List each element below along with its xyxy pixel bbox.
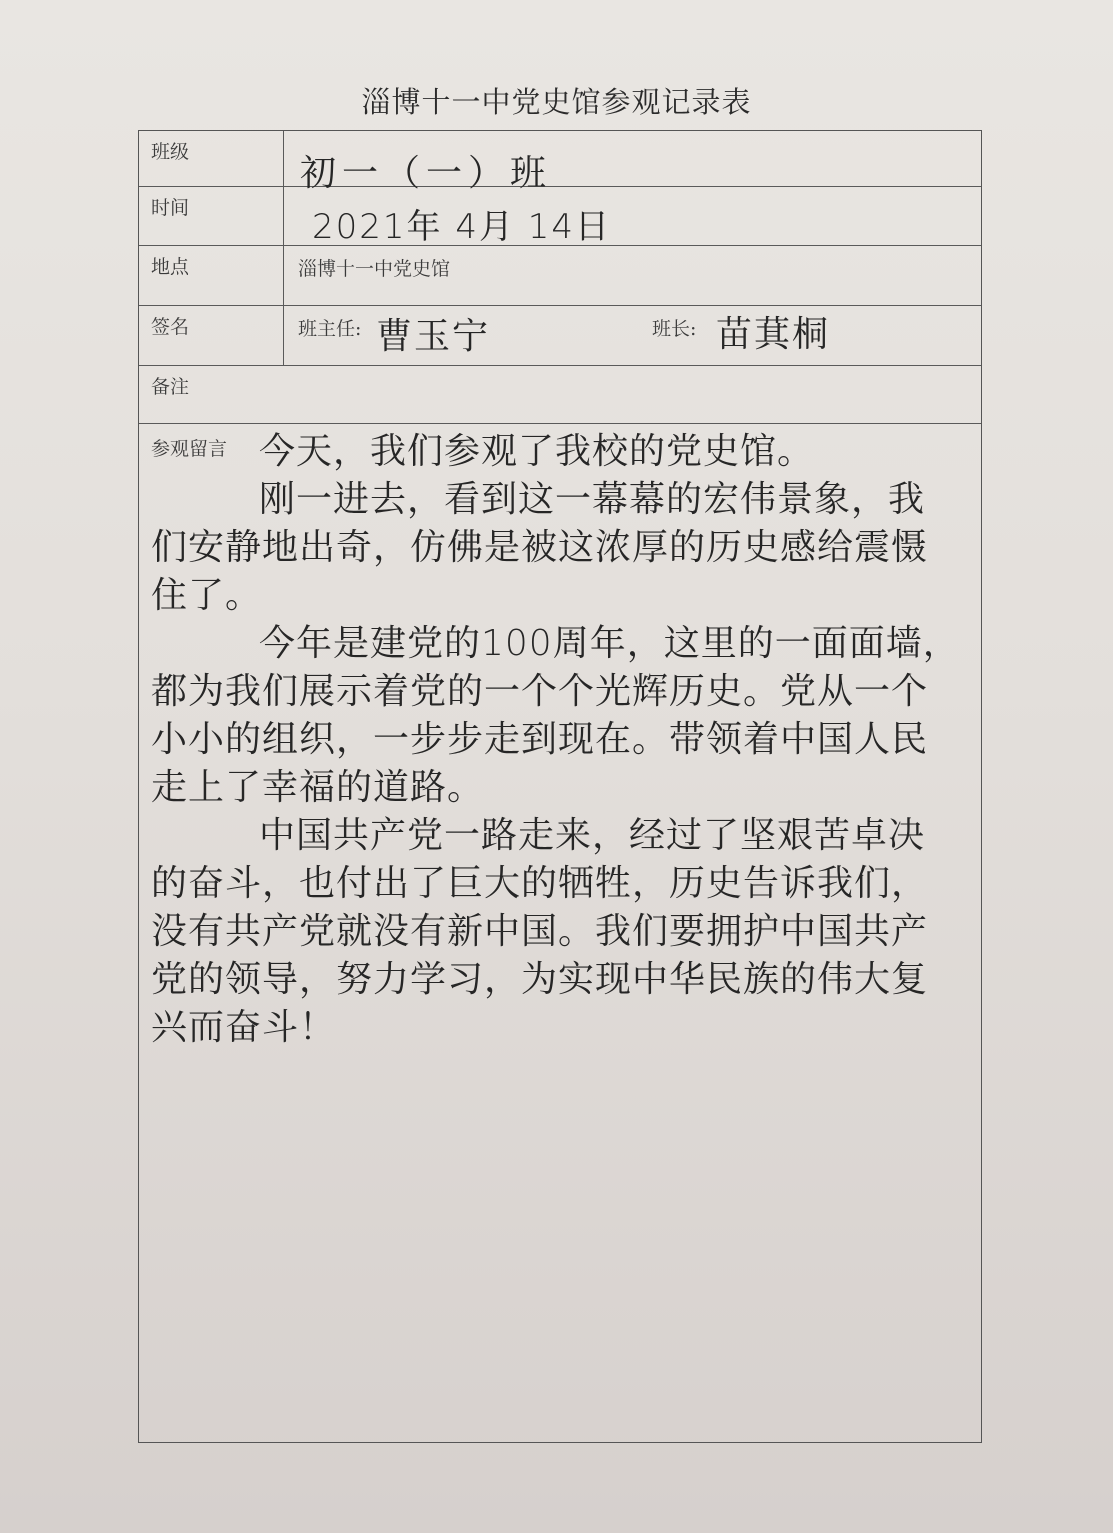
time-row: 时间 2021年 4月 14日 xyxy=(139,187,981,246)
class-cell: 初一（一）班 xyxy=(284,131,981,186)
class-label: 班级 xyxy=(139,131,284,186)
visit-record-form: 班级 初一（一）班 时间 2021年 4月 14日 地点 淄博十一中党史馆 签名… xyxy=(138,130,982,1443)
monitor-signature: 苗萁桐 xyxy=(716,306,830,357)
monitor-label: 班长: xyxy=(652,314,696,341)
location-row: 地点 淄博十一中党史馆 xyxy=(139,246,981,306)
signature-label: 签名 xyxy=(139,306,284,365)
message-paragraph: 刚一进去，看到这一幕幕的宏伟景象，我们安静地出奇，仿佛是被这浓厚的历史感给震慑住… xyxy=(151,476,961,620)
location-value: 淄博十一中党史馆 xyxy=(298,254,450,281)
message-row: 参观留言 今天，我们参观了我校的党史馆。 刚一进去，看到这一幕幕的宏伟景象，我们… xyxy=(139,424,981,1442)
class-row: 班级 初一（一）班 xyxy=(139,131,981,187)
time-label: 时间 xyxy=(139,187,284,245)
head-teacher-label: 班主任: xyxy=(298,314,361,341)
message-paragraph: 今年是建党的100周年，这里的一面面墙，都为我们展示着党的一个个光辉历史。党从一… xyxy=(151,620,961,812)
remarks-label: 备注 xyxy=(151,372,189,399)
page-title: 淄博十一中党史馆参观记录表 xyxy=(0,80,1113,121)
signature-row: 签名 班主任: 曹玉宁 班长: 苗萁桐 xyxy=(139,306,981,366)
message-paragraph: 中国共产党一路走来，经过了坚艰苦卓决的奋斗，也付出了巨大的牺牲，历史告诉我们，没… xyxy=(151,812,961,1052)
location-cell: 淄博十一中党史馆 xyxy=(284,246,981,305)
signature-cell: 班主任: 曹玉宁 班长: 苗萁桐 xyxy=(284,306,981,365)
date-value: 2021年 4月 14日 xyxy=(312,199,611,248)
time-cell: 2021年 4月 14日 xyxy=(284,187,981,245)
message-paragraph: 今天，我们参观了我校的党史馆。 xyxy=(151,428,961,476)
head-teacher-signature: 曹玉宁 xyxy=(376,308,490,359)
message-body: 今天，我们参观了我校的党史馆。 刚一进去，看到这一幕幕的宏伟景象，我们安静地出奇… xyxy=(151,428,961,1052)
remarks-row: 备注 xyxy=(139,366,981,424)
location-label: 地点 xyxy=(139,246,284,305)
